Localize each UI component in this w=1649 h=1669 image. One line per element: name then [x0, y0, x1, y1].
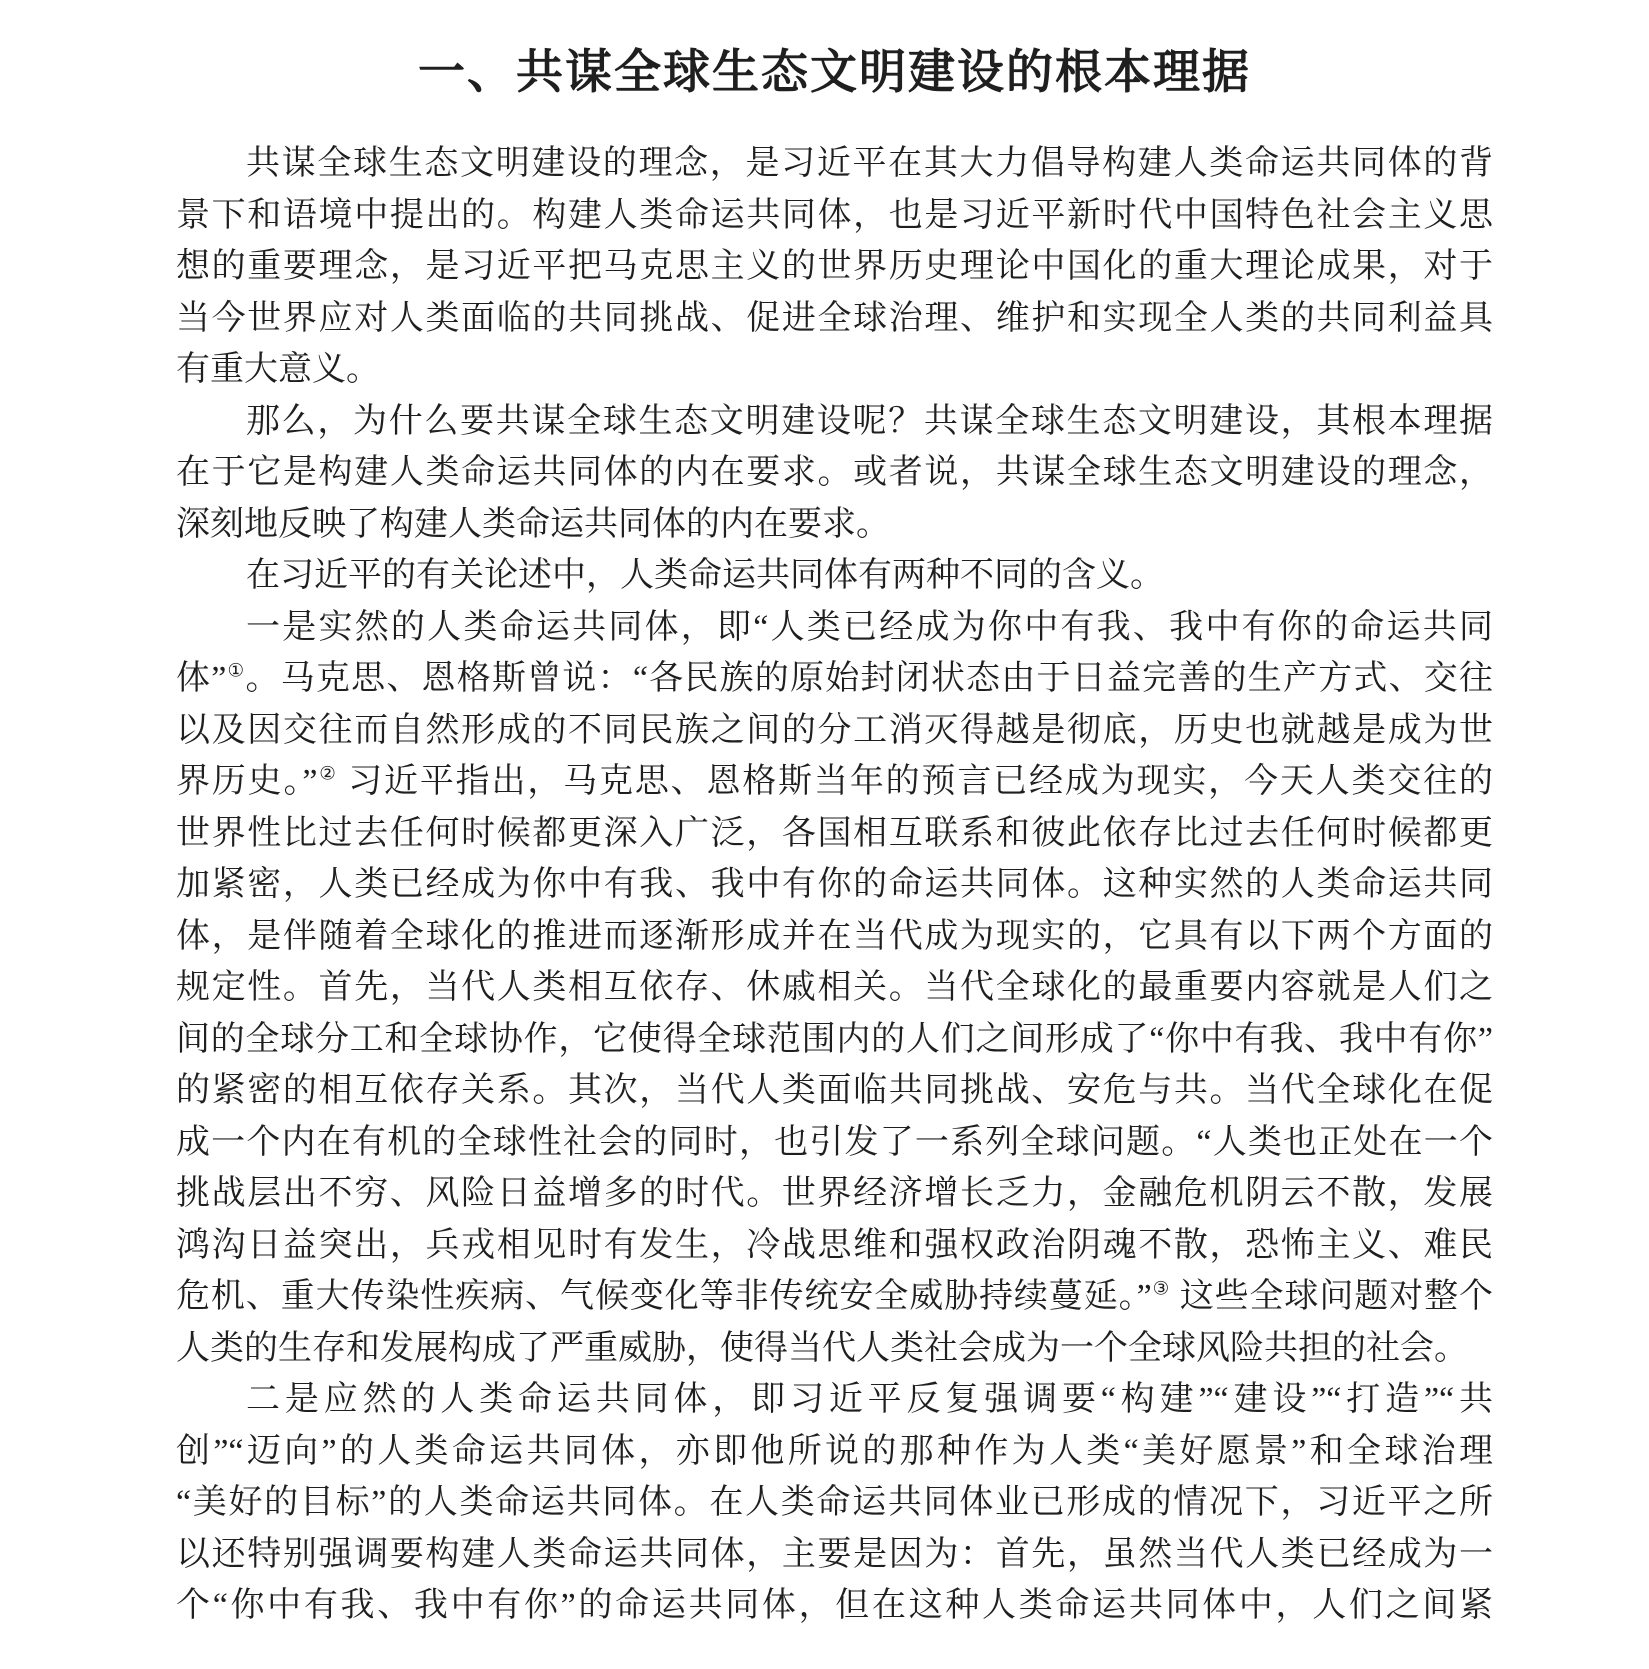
text-line: 创”“迈向”的人类命运共同体，亦即他所说的那种作为人类“美好愿景”和全球治理: [176, 1426, 1493, 1478]
text-line: 以还特别强调要构建人类命运共同体，主要是因为：首先，虽然当代人类已经成为一: [176, 1529, 1493, 1581]
text-line: 人类的生存和发展构成了严重威胁，使得当代人类社会成为一个全球风险共担的社会。: [176, 1323, 1493, 1375]
text-line: 有重大意义。: [176, 344, 1493, 396]
text-line: 在于它是构建人类命运共同体的内在要求。或者说，共谋全球生态文明建设的理念，: [176, 447, 1493, 499]
text-line: 在习近平的有关论述中，人类命运共同体有两种不同的含义。: [176, 550, 1493, 602]
text-line: 那么，为什么要共谋全球生态文明建设呢？共谋全球生态文明建设，其根本理据: [176, 396, 1493, 448]
page-title: 一、共谋全球生态文明建设的根本理据: [176, 44, 1493, 102]
text-line: 的紧密的相互依存关系。其次，当代人类面临共同挑战、安危与共。当代全球化在促: [176, 1065, 1493, 1117]
text-line: 当今世界应对人类面临的共同挑战、促进全球治理、维护和实现全人类的共同利益具: [176, 293, 1493, 345]
text-line: 加紧密，人类已经成为你中有我、我中有你的命运共同体。这种实然的人类命运共同: [176, 859, 1493, 911]
footnote-marker: ③: [1152, 1279, 1171, 1300]
footnote-marker: ②: [317, 764, 337, 785]
text-line: 想的重要理念，是习近平把马克思主义的世界历史理论中国化的重大理论成果，对于: [176, 241, 1493, 293]
text-line: 体”①。马克思、恩格斯曾说：“各民族的原始封闭状态由于日益完善的生产方式、交往: [176, 653, 1493, 705]
text-line: 规定性。首先，当代人类相互依存、休戚相关。当代全球化的最重要内容就是人们之: [176, 962, 1493, 1014]
text-line: 二是应然的人类命运共同体，即习近平反复强调要“构建”“建设”“打造”“共: [176, 1374, 1493, 1426]
text-line: 以及因交往而自然形成的不同民族之间的分工消灭得越是彻底，历史也就越是成为世: [176, 705, 1493, 757]
text-line: 界历史。”② 习近平指出，马克思、恩格斯当年的预言已经成为现实，今天人类交往的: [176, 756, 1493, 808]
text-line: 世界性比过去任何时候都更深入广泛，各国相互联系和彼此依存比过去任何时候都更: [176, 808, 1493, 860]
document-page: 一、共谋全球生态文明建设的根本理据 共谋全球生态文明建设的理念，是习近平在其大力…: [0, 0, 1649, 1669]
text-line: 危机、重大传染性疾病、气候变化等非传统安全威胁持续蔓延。”③ 这些全球问题对整个: [176, 1271, 1493, 1323]
paragraph-1: 共谋全球生态文明建设的理念，是习近平在其大力倡导构建人类命运共同体的背 景下和语…: [176, 138, 1493, 396]
text-line: 一是实然的人类命运共同体，即“人类已经成为你中有我、我中有你的命运共同: [176, 602, 1493, 654]
text-line: 体，是伴随着全球化的推进而逐渐形成并在当代成为现实的，它具有以下两个方面的: [176, 911, 1493, 963]
text-line: 挑战层出不穷、风险日益增多的时代。世界经济增长乏力，金融危机阴云不散，发展: [176, 1168, 1493, 1220]
paragraph-5: 二是应然的人类命运共同体，即习近平反复强调要“构建”“建设”“打造”“共 创”“…: [176, 1374, 1493, 1632]
text-line: 共谋全球生态文明建设的理念，是习近平在其大力倡导构建人类命运共同体的背: [176, 138, 1493, 190]
paragraph-4: 一是实然的人类命运共同体，即“人类已经成为你中有我、我中有你的命运共同 体”①。…: [176, 602, 1493, 1375]
text-line: 深刻地反映了构建人类命运共同体的内在要求。: [176, 499, 1493, 551]
paragraph-2: 那么，为什么要共谋全球生态文明建设呢？共谋全球生态文明建设，其根本理据 在于它是…: [176, 396, 1493, 551]
footnote-marker: ①: [226, 661, 245, 682]
document-body: 共谋全球生态文明建设的理念，是习近平在其大力倡导构建人类命运共同体的背 景下和语…: [176, 138, 1493, 1632]
paragraph-3: 在习近平的有关论述中，人类命运共同体有两种不同的含义。: [176, 550, 1493, 602]
text-line: 个“你中有我、我中有你”的命运共同体，但在这种人类命运共同体中，人们之间紧: [176, 1580, 1493, 1632]
text-line: 间的全球分工和全球协作，它使得全球范围内的人们之间形成了“你中有我、我中有你”: [176, 1014, 1493, 1066]
text-line: 成一个内在有机的全球性社会的同时，也引发了一系列全球问题。“人类也正处在一个: [176, 1117, 1493, 1169]
text-line: 景下和语境中提出的。构建人类命运共同体，也是习近平新时代中国特色社会主义思: [176, 190, 1493, 242]
text-line: 鸿沟日益突出，兵戎相见时有发生，冷战思维和强权政治阴魂不散，恐怖主义、难民: [176, 1220, 1493, 1272]
text-line: “美好的目标”的人类命运共同体。在人类命运共同体业已形成的情况下，习近平之所: [176, 1477, 1493, 1529]
